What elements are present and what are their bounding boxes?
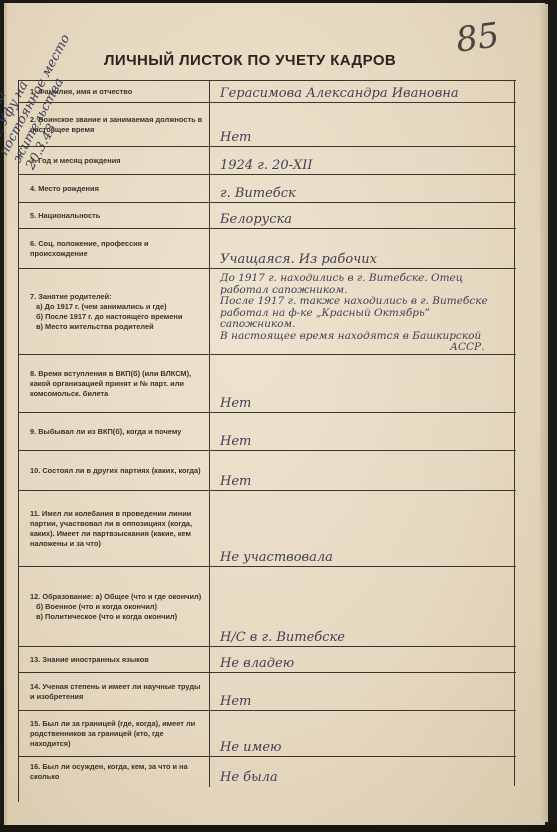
row-value: Нет: [214, 413, 514, 451]
row-value: Герасимова Александра Ивановна: [214, 81, 514, 103]
value-line: АССР.: [220, 342, 484, 354]
row-label: 4. Место рождения: [18, 175, 210, 203]
row-value: Нет: [214, 355, 514, 413]
row-label: 1. Фамилия, имя и отчество: [18, 81, 210, 103]
row-value: г. Витебск: [214, 175, 514, 203]
form-row-languages: 13. Знание иностранных языков Не владею: [18, 646, 516, 673]
row-value: Не была: [214, 757, 514, 787]
row-label: 10. Состоял ли в других партиях (каких, …: [18, 451, 210, 491]
form-row-party-exit: 9. Выбывал ли из ВКП(б), когда и почему …: [18, 412, 516, 451]
document-title: ЛИЧНЫЙ ЛИСТОК ПО УЧЕТУ КАДРОВ: [104, 52, 444, 69]
row-label: 2. Воинское звание и занимаемая должност…: [18, 103, 210, 147]
form-row-birthplace: 4. Место рождения г. Витебск: [18, 174, 516, 203]
row-label: 11. Имел ли колебания в проведении линии…: [18, 491, 210, 567]
row-label: 14. Ученая степень и имеет ли научные тр…: [18, 673, 210, 711]
row-value: Учащаяся. Из рабочих: [214, 229, 514, 269]
form-row-other-parties: 10. Состоял ли в других партиях (каких, …: [18, 450, 516, 491]
form-row-full-name: 1. Фамилия, имя и отчество Герасимова Ал…: [18, 80, 516, 103]
form-row-military-rank: 2. Воинское звание и занимаемая должност…: [18, 102, 516, 147]
row-sublabel: в) Место жительства родителей: [30, 322, 203, 332]
row-value: Нет: [214, 451, 514, 491]
row-label: 12. Образование: а) Общее (что и где око…: [18, 567, 210, 647]
row-value: До 1917 г. находились в г. Витебске. Оте…: [214, 269, 514, 355]
form-row-parents-occupation: 7. Занятие родителей: а) До 1917 г. (чем…: [18, 268, 516, 355]
row-value: Не имею: [214, 711, 514, 757]
row-value: 1924 г. 20-XII: [214, 147, 514, 175]
form-row-nationality: 5. Национальность Белоруска: [18, 202, 516, 229]
value-line: После 1917 г. также находились в г. Вите…: [220, 296, 488, 308]
form-row-birth-date: 3. Год и месяц рождения 1924 г. 20-XII: [18, 146, 516, 175]
row-label-main: 12. Образование: а) Общее (что и где око…: [30, 592, 203, 602]
row-label: 9. Выбывал ли из ВКП(б), когда и почему: [18, 413, 210, 451]
row-value: Не владею: [214, 647, 514, 673]
row-value: Не участвовала: [214, 491, 514, 567]
page-edge: [540, 4, 548, 822]
row-label: 6. Соц. положение, профессия и происхожд…: [18, 229, 210, 269]
row-label-main: 7. Занятие родителей:: [30, 292, 203, 302]
row-value: Нет: [214, 103, 514, 147]
value-line: сапожником.: [220, 319, 295, 331]
row-label: 16. Был ли осужден, когда, кем, за что и…: [18, 757, 210, 787]
form-row-party-membership: 8. Время вступления в ВКП(б) (или ВЛКСМ)…: [18, 354, 516, 413]
row-value: Белоруска: [214, 203, 514, 229]
row-label: 13. Знание иностранных языков: [18, 647, 210, 673]
scan-bottom-edge: [0, 825, 557, 832]
row-value: Нет: [214, 673, 514, 711]
row-label: 15. Был ли за границей (где, когда), име…: [18, 711, 210, 757]
form-row-party-line-hesitation: 11. Имел ли колебания в проведении линии…: [18, 490, 516, 567]
row-sublabel: в) Политическое (что и когда окончил): [30, 612, 203, 622]
row-sublabel: б) После 1917 г. до настоящего времени: [30, 312, 203, 322]
row-label: 3. Год и месяц рождения: [18, 147, 210, 175]
row-label: 5. Национальность: [18, 203, 210, 229]
form-row-academic-degree: 14. Ученая степень и имеет ли научные тр…: [18, 672, 516, 711]
form-row-abroad: 15. Был ли за границей (где, когда), име…: [18, 710, 516, 757]
page-number: 85: [453, 15, 501, 61]
row-label: 8. Время вступления в ВКП(б) (или ВЛКСМ)…: [18, 355, 210, 413]
value-line: До 1917 г. находились в г. Витебске. Оте…: [220, 273, 463, 285]
form-row-convictions: 16. Был ли осужден, когда, кем, за что и…: [18, 756, 516, 787]
row-label: 7. Занятие родителей: а) До 1917 г. (чем…: [18, 269, 210, 355]
value-line: В настоящее время находятся в Башкирской: [220, 331, 481, 343]
row-sublabel: а) До 1917 г. (чем занимались и где): [30, 302, 203, 312]
row-value: Н/С в г. Витебске: [214, 567, 514, 647]
row-sublabel: б) Военное (что и когда окончил): [30, 602, 203, 612]
form-row-social-status: 6. Соц. положение, профессия и происхожд…: [18, 228, 516, 269]
form-row-education: 12. Образование: а) Общее (что и где око…: [18, 566, 516, 647]
